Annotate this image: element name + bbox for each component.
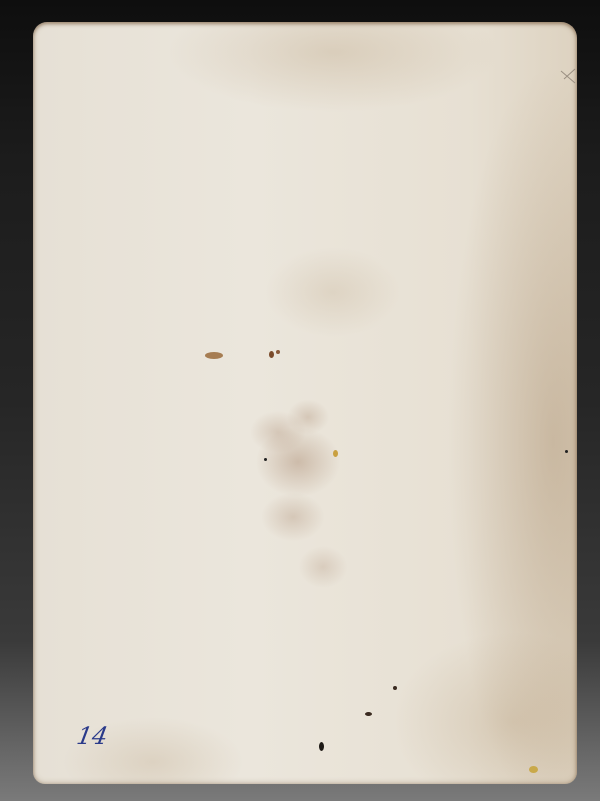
stain-spot: [393, 686, 397, 690]
scratched-x-icon: [560, 68, 576, 84]
stain-spot: [319, 742, 324, 751]
stain-spot: [565, 450, 568, 453]
aged-card-back: [33, 22, 577, 784]
stain-spot: [264, 458, 267, 461]
stain-spot: [365, 712, 372, 716]
stain-spot: [205, 352, 223, 359]
stain-spot: [276, 350, 280, 354]
stain-spot: [529, 766, 538, 773]
handwritten-number: 14: [75, 722, 110, 750]
stain-spot: [269, 351, 274, 358]
stain-spot: [333, 450, 338, 457]
